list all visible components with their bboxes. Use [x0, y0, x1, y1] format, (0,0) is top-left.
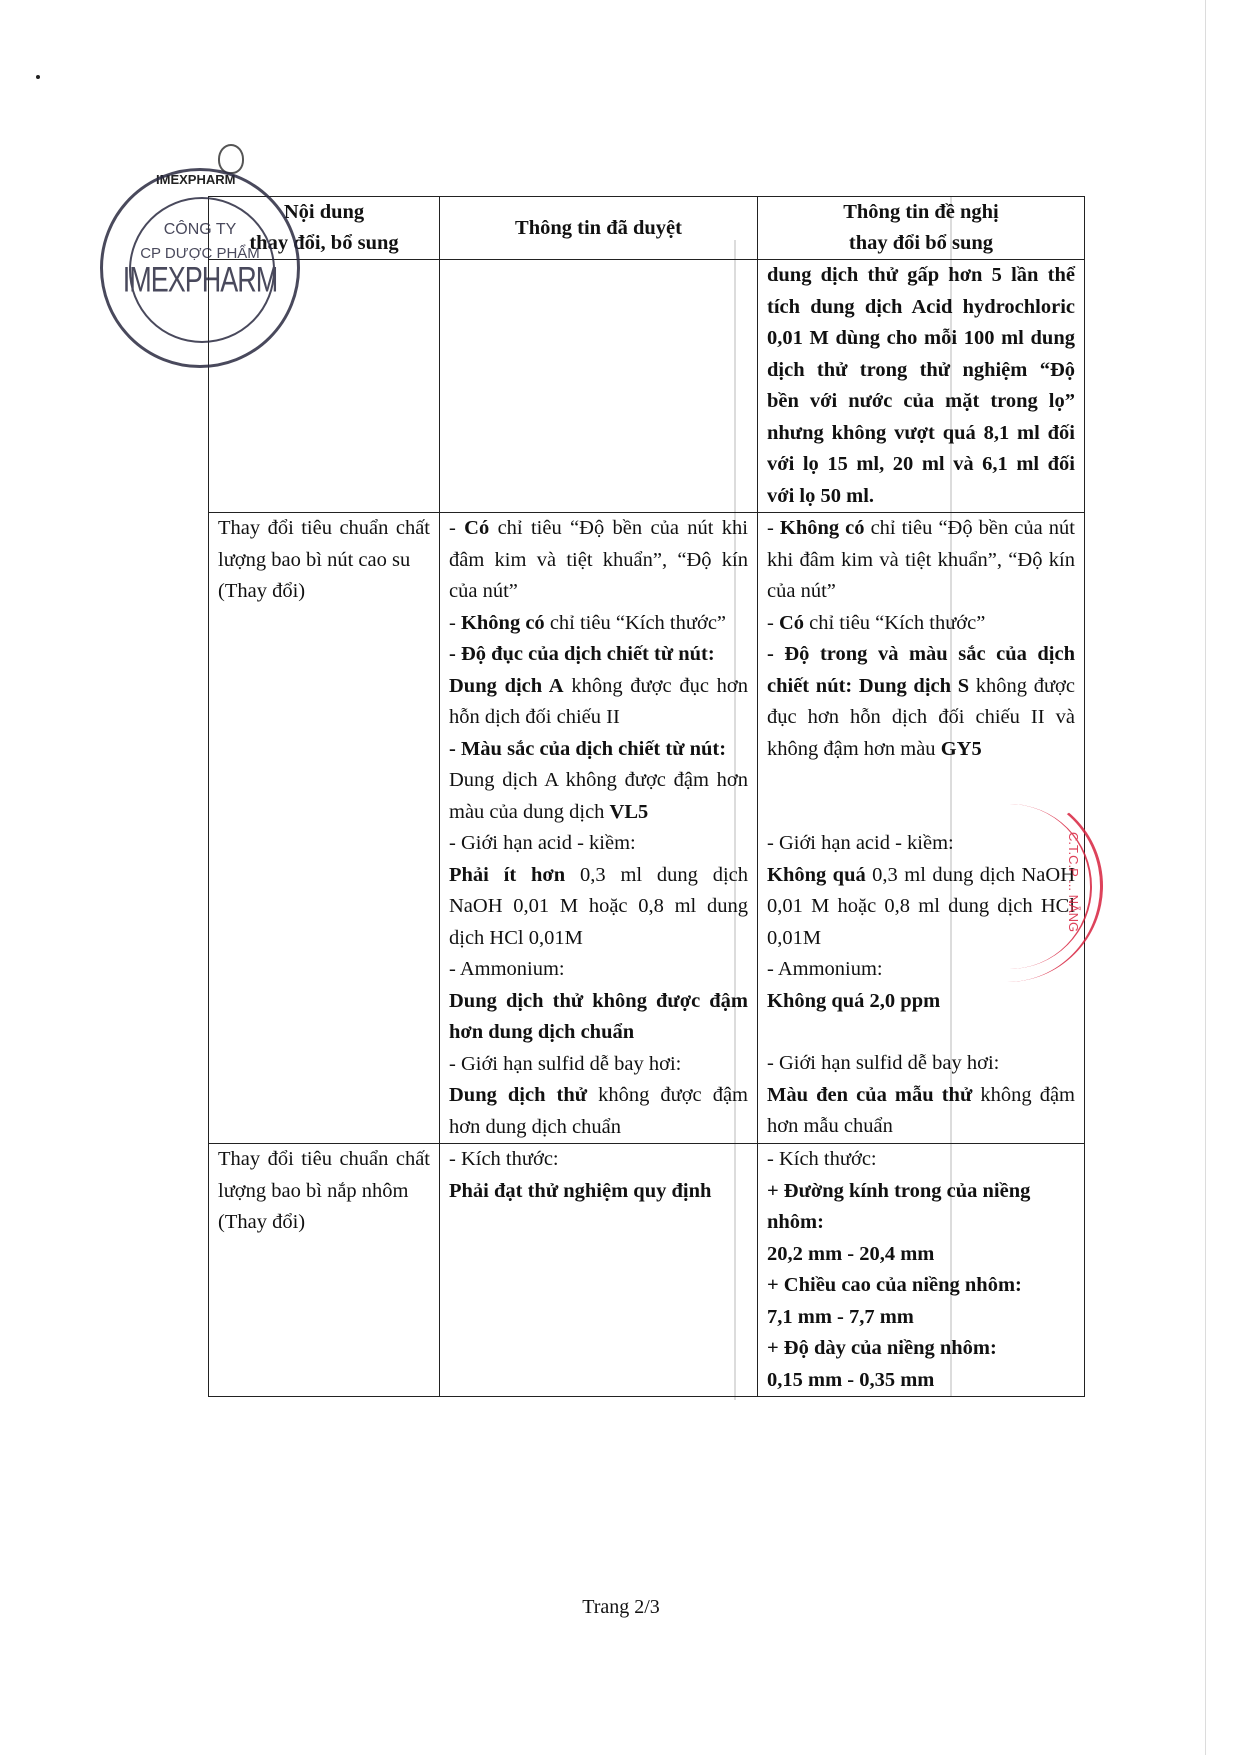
text-bold: - Màu sắc của dịch chiết từ nút: — [449, 738, 726, 760]
text: - Giới hạn sulfid dễ bay hơi: — [449, 1049, 748, 1081]
red-seal-text: C.T.C.P ... NẴNG — [1064, 832, 1082, 932]
row1-proposed-cell: dung dịch thử gấp hơn 5 lần thể tích dun… — [758, 260, 1085, 513]
stamp-line: IMEXPHARM — [103, 260, 297, 300]
header-approved-info: Thông tin đã duyệt — [440, 197, 758, 260]
text: chỉ tiêu “Kích thước” — [804, 612, 985, 634]
text-bold: 0,15 mm - 0,35 mm — [767, 1365, 1075, 1397]
table-header-row: Nội dung thay đổi, bổ sung Thông tin đã … — [209, 197, 1085, 260]
table-row: dung dịch thử gấp hơn 5 lần thể tích dun… — [209, 260, 1085, 513]
stamp-line: CÔNG TY — [103, 221, 297, 239]
text: - Kích thước: — [449, 1144, 748, 1176]
row3-content-title: Thay đổi tiêu chuẩn chất lượng bao bì nắ… — [218, 1144, 430, 1207]
row3-proposed-cell: - Kích thước: + Đường kính trong của niề… — [758, 1144, 1085, 1397]
text: - Giới hạn acid - kiềm: — [449, 828, 748, 860]
table-row: Thay đổi tiêu chuẩn chất lượng bao bì nú… — [209, 513, 1085, 1144]
text-bold: Dung dịch thử — [449, 1084, 587, 1106]
text-bold: Không quá — [767, 864, 866, 886]
header-line: Thông tin đề nghị — [767, 197, 1075, 228]
text-bold: + Đường kính trong của niềng nhôm: — [767, 1176, 1075, 1239]
row3-content-cell: Thay đổi tiêu chuẩn chất lượng bao bì nắ… — [209, 1144, 440, 1397]
text-bold: Dung dịch A — [449, 675, 564, 697]
text-bold: Phải ít hơn — [449, 864, 565, 886]
row1-proposed-text: dung dịch thử gấp hơn 5 lần thể tích dun… — [767, 264, 1075, 507]
header-line: Thông tin đã duyệt — [449, 213, 748, 244]
header-proposed-info: Thông tin đề nghị thay đổi bổ sung — [758, 197, 1085, 260]
text: Dung dịch A không được đậm hơn màu của d… — [449, 769, 748, 823]
company-stamp: CÔNG TY CP DƯỢC PHẨM IMEXPHARM — [100, 168, 300, 368]
change-request-table: Nội dung thay đổi, bổ sung Thông tin đã … — [208, 196, 1085, 1397]
text-bold: Có — [464, 517, 489, 539]
text-bold: Màu đen của mẫu thử — [767, 1084, 972, 1106]
text-bold: Phải đạt thử nghiệm quy định — [449, 1180, 711, 1202]
text: chỉ tiêu “Kích thước” — [545, 612, 726, 634]
text-bold: Không có — [461, 612, 545, 634]
scan-speck — [36, 75, 40, 79]
text-bold: 20,2 mm - 20,4 mm — [767, 1239, 1075, 1271]
text: chỉ tiêu “Độ bền của nút khi đâm kim và … — [449, 517, 748, 602]
row2-content-note: (Thay đổi) — [218, 576, 430, 608]
page-number: Trang 2/3 — [0, 1596, 1242, 1619]
text: - Ammonium: — [449, 954, 748, 986]
text-bold: Dung dịch thử không được đậm hơn dung dị… — [449, 990, 748, 1044]
text-bold: 7,1 mm - 7,7 mm — [767, 1302, 1075, 1334]
text-bold: - Độ đục của dịch chiết từ nút: — [449, 643, 715, 665]
text-bold: Không quá 2,0 ppm — [767, 990, 940, 1012]
text-bold: Có — [779, 612, 804, 634]
table-row: Thay đổi tiêu chuẩn chất lượng bao bì nắ… — [209, 1144, 1085, 1397]
text: - Giới hạn sulfid dễ bay hơi: — [767, 1048, 1075, 1080]
scan-artifact-line — [1205, 0, 1206, 1755]
header-line: thay đổi bổ sung — [767, 228, 1075, 259]
text-bold: VL5 — [610, 801, 649, 823]
text-bold: + Chiều cao của niềng nhôm: — [767, 1270, 1075, 1302]
text-bold: Không có — [780, 517, 865, 539]
row2-approved-cell: - Có chỉ tiêu “Độ bền của nút khi đâm ki… — [440, 513, 758, 1144]
text-bold: GY5 — [941, 738, 982, 760]
row3-approved-cell: - Kích thước: Phải đạt thử nghiệm quy đị… — [440, 1144, 758, 1397]
row2-content-cell: Thay đổi tiêu chuẩn chất lượng bao bì nú… — [209, 513, 440, 1144]
row1-approved-cell — [440, 260, 758, 513]
row2-content-title: Thay đổi tiêu chuẩn chất lượng bao bì nú… — [218, 513, 430, 576]
text: - Kích thước: — [767, 1144, 1075, 1176]
text-bold: + Độ dày của niềng nhôm: — [767, 1333, 1075, 1365]
row3-content-note: (Thay đổi) — [218, 1207, 430, 1239]
